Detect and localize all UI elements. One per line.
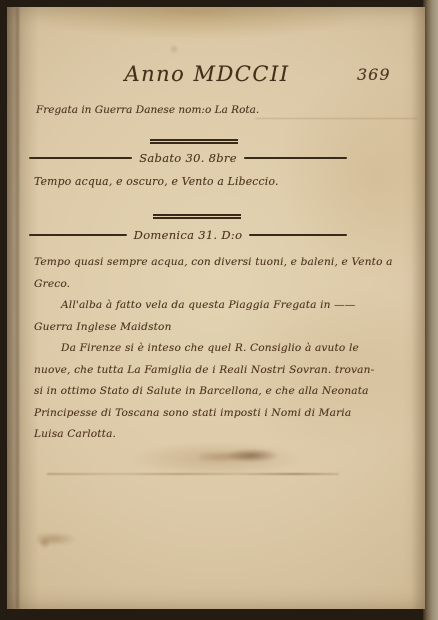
- entry-divider-double-rule: [150, 139, 238, 144]
- page-curl-shadow: [411, 7, 425, 609]
- entry-line: All'alba à fatto vela da questa Piaggia …: [34, 295, 397, 317]
- entry-line: Principesse di Toscana sono stati impost…: [34, 403, 397, 425]
- scanned-book-photo: Anno MDCCII 369 Fregata in Guerra Danese…: [0, 0, 438, 620]
- entry-line: Da Firenze si è inteso che quel R. Consi…: [34, 338, 397, 360]
- entry-line: Luisa Carlotta.: [34, 424, 397, 446]
- bleed-through-rule: [47, 473, 339, 475]
- entry-line: nuove, che tutta La Famiglia de i Reali …: [34, 360, 397, 382]
- entry-line: Greco.: [34, 274, 397, 296]
- date-rule-left: [29, 234, 127, 236]
- entry-body: Tempo quasi sempre acqua, con diversi tu…: [34, 252, 397, 446]
- faint-rule: [255, 118, 417, 119]
- entry-line: si in ottimo Stato di Salute in Barcello…: [34, 381, 397, 403]
- entry-line: Tempo quasi sempre acqua, con diversi tu…: [34, 252, 397, 274]
- entry-line: Tempo acqua, e oscuro, e Vento a Libecci…: [34, 175, 279, 188]
- page-number: 369: [357, 65, 391, 84]
- entry-date-header: Domenica 31. D:o: [29, 227, 347, 243]
- entry-divider-double-rule: [153, 214, 241, 219]
- date-rule-right: [249, 234, 347, 236]
- page-title: Anno MDCCII: [105, 62, 309, 86]
- ink-stain: [200, 447, 280, 464]
- date-rule-right: [244, 157, 347, 159]
- heading-note: Fregata in Guerra Danese nom:o La Rota.: [36, 104, 259, 116]
- page-fold-line: [16, 7, 19, 609]
- entry-line: Guerra Inglese Maidston: [34, 317, 397, 339]
- date-rule-left: [29, 157, 132, 159]
- scan-background-right-edge: [423, 0, 438, 620]
- paper-stain: [37, 532, 77, 546]
- entry-date: Domenica 31. D:o: [134, 228, 243, 242]
- entry-date-header: Sabato 30. 8bre: [29, 150, 347, 166]
- entry-date: Sabato 30. 8bre: [139, 151, 237, 165]
- manuscript-page: Anno MDCCII 369 Fregata in Guerra Danese…: [7, 7, 425, 609]
